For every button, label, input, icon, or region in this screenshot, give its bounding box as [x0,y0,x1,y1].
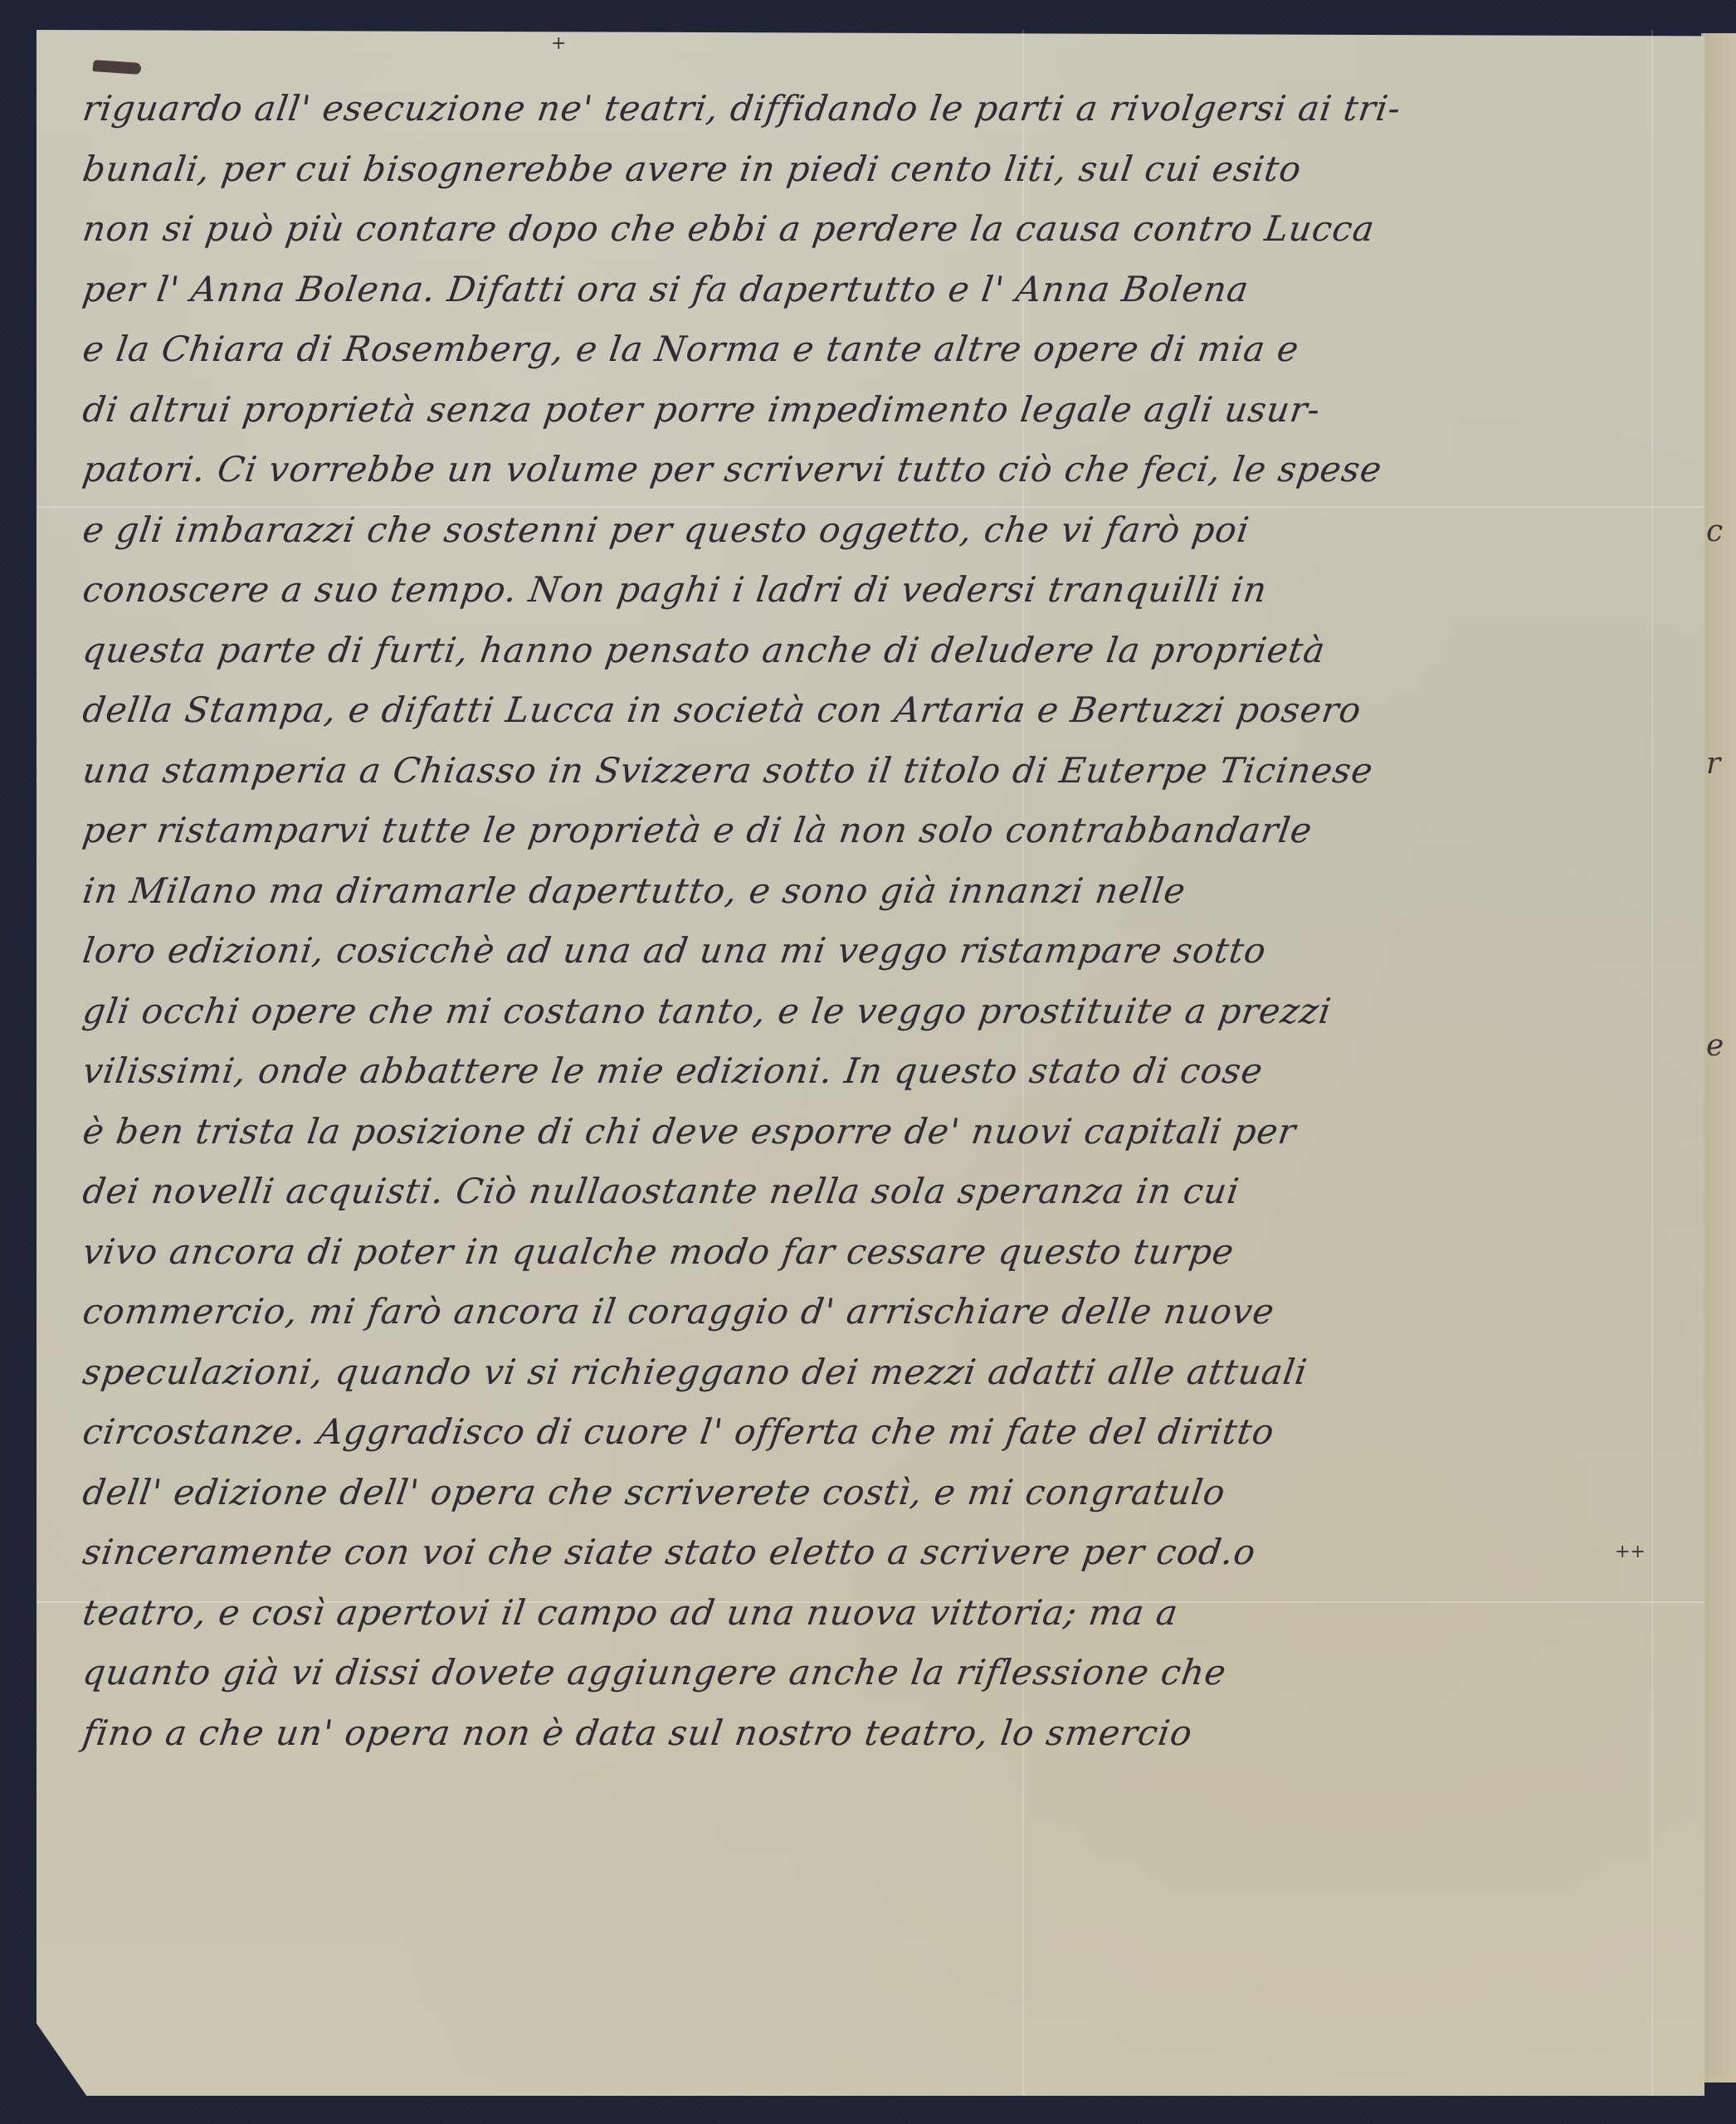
letter-line: commercio, mi farò ancora il coraggio d'… [79,1282,1680,1342]
adjacent-leaf-text-fragment: e [1706,1029,1724,1063]
letter-line: dell' edizione dell' opera che scriveret… [79,1463,1680,1523]
letter-line: non si può più contare dopo che ebbi a p… [79,199,1680,260]
letter-line: sinceramente con voi che siate stato ele… [79,1522,1680,1583]
adjacent-leaf-text-fragment: c [1706,514,1723,548]
letter-line: e gli imbarazzi che sostenni per questo … [79,500,1680,561]
letter-line: e la Chiara di Rosemberg, e la Norma e t… [79,319,1680,380]
letter-body: riguardo all' esecuzione ne' teatri, dif… [83,79,1676,1763]
letter-line: bunali, per cui bisognerebbe avere in pi… [79,139,1680,200]
letter-line: è ben trista la posizione di chi deve es… [79,1102,1680,1162]
letter-line: loro edizioni, cosicchè ad una ad una mi… [79,921,1680,982]
cross-annotation-icon: + [551,33,566,54]
letter-line: speculazioni, quando vi si richieggano d… [79,1342,1680,1403]
letter-line: riguardo all' esecuzione ne' teatri, dif… [79,79,1680,139]
letter-line: dei novelli acquisti. Ciò nullaostante n… [79,1162,1680,1222]
letter-line: una stamperia a Chiasso in Svizzera sott… [79,741,1680,801]
letter-line: questa parte di furti, hanno pensato anc… [79,621,1680,681]
letter-line: per l' Anna Bolena. Difatti ora si fa da… [79,260,1680,320]
letter-line: vivo ancora di poter in qualche modo far… [79,1222,1680,1283]
letter-line: fino a che un' opera non è data sul nost… [79,1703,1680,1764]
letter-line: della Stampa, e difatti Lucca in società… [79,680,1680,741]
letter-line: per ristamparvi tutte le proprietà e di … [79,801,1680,861]
letter-line: vilissimi, onde abbattere le mie edizion… [79,1041,1680,1102]
letter-line: quanto già vi dissi dovete aggiungere an… [79,1643,1680,1703]
letter-line: di altrui proprietà senza poter porre im… [79,380,1680,441]
letter-line: circostanze. Aggradisco di cuore l' offe… [79,1402,1680,1463]
letter-line: gli occhi opere che mi costano tanto, e … [79,982,1680,1042]
letter-line: teatro, e così apertovi il campo ad una … [79,1583,1680,1644]
letter-line: conoscere a suo tempo. Non paghi i ladri… [79,560,1680,621]
adjacent-leaf-text-fragment: r [1706,747,1720,781]
letter-line: in Milano ma diramarle dapertutto, e son… [79,861,1680,922]
letter-line: patori. Ci vorrebbe un volume per scrive… [79,440,1680,500]
